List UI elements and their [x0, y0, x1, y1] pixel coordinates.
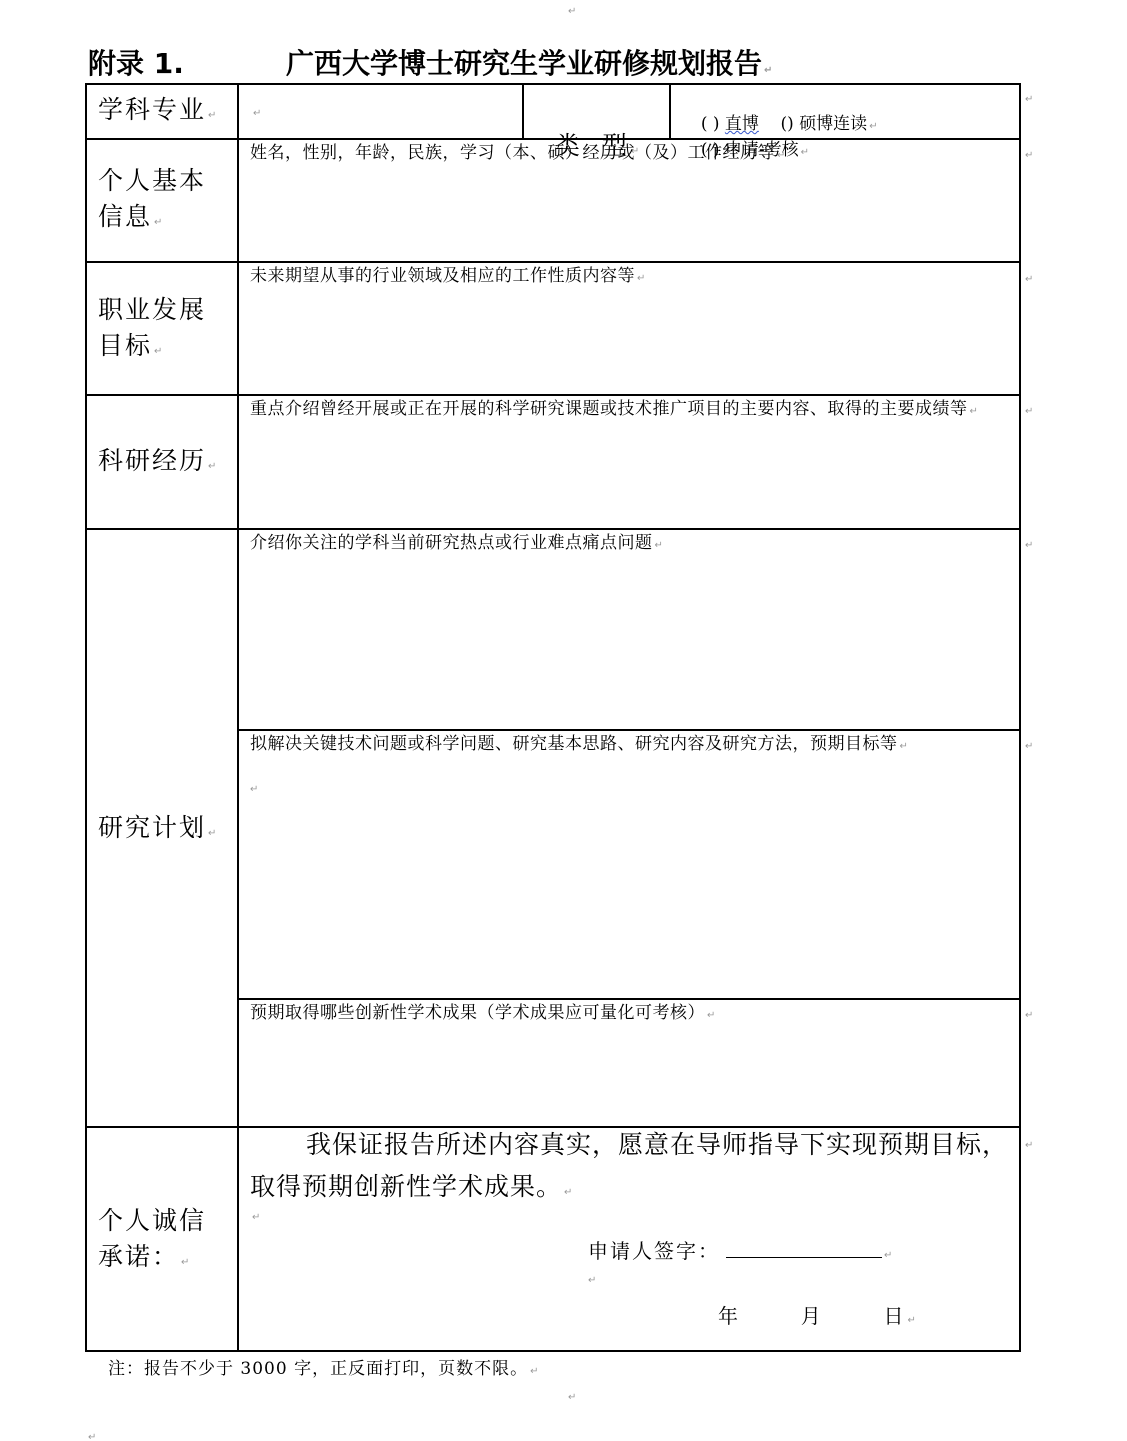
row-end-mark: ↵ — [1025, 274, 1033, 285]
major-label: 学科专业↵ — [98, 92, 218, 134]
paragraph-mark: ↵ — [252, 1212, 260, 1223]
paragraph-mark: ↵ — [154, 217, 164, 228]
label-line: 研究计划 — [98, 813, 206, 842]
research-method-field[interactable]: 拟解决关键技术问题或科学问题、研究基本思路、研究内容及研究方法，预期目标等↵ ↵ — [250, 731, 1012, 995]
label-line: 承诺： — [98, 1242, 179, 1271]
row-end-mark: ↵ — [1025, 1010, 1033, 1021]
paragraph-mark: ↵ — [637, 273, 646, 284]
paragraph-mark: ↵ — [777, 150, 786, 161]
career-goal-hint: 未来期望从事的行业领域及相应的工作性质内容等 — [250, 266, 635, 286]
paragraph-mark: ↵ — [764, 65, 772, 76]
pledge-text: 我保证报告所述内容真实，愿意在导师指导下实现预期目标，取得预期创新性学术成果。 — [250, 1130, 1008, 1201]
date-year-label: 年 — [718, 1304, 740, 1328]
label-line: 信息 — [98, 202, 152, 231]
basic-info-hint: 姓名，性别，年龄，民族，学习（本、硕）经历或（及）工作经历等 — [250, 143, 775, 163]
table-border — [85, 83, 87, 1352]
career-goal-label: 职业发展 目标↵ — [98, 292, 206, 370]
paragraph-mark: ↵ — [208, 828, 218, 839]
row-end-mark: ↵ — [1025, 741, 1033, 752]
table-border — [522, 83, 524, 139]
document-title: 附录 1.广西大学博士研究生学业研修规划报告↵ — [88, 42, 772, 82]
footer-note-text: 注：报告不少于 3000 字，正反面打印，页数不限。 — [108, 1359, 528, 1379]
major-label-text: 学科专业 — [98, 95, 206, 124]
label-line: 科研经历 — [98, 446, 206, 475]
paragraph-mark: ↵ — [568, 6, 576, 17]
paragraph-mark: ↵ — [884, 1250, 894, 1261]
paragraph-mark: ↵ — [655, 540, 664, 551]
research-experience-field[interactable]: 重点介绍曾经开展或正在开展的科学研究课题或技术推广项目的主要内容、取得的主要成绩… — [250, 396, 1012, 526]
paragraph-mark: ↵ — [208, 461, 218, 472]
basic-info-field[interactable]: 姓名，性别，年龄，民族，学习（本、硕）经历或（及）工作经历等↵ — [250, 140, 1012, 258]
paragraph-mark: ↵ — [88, 1432, 96, 1441]
paragraph-mark: ↵ — [564, 1187, 573, 1198]
paragraph-mark: ↵ — [707, 1010, 716, 1021]
page-title: 广西大学博士研究生学业研修规划报告 — [286, 47, 762, 80]
footer-note: 注：报告不少于 3000 字，正反面打印，页数不限。↵ — [108, 1354, 539, 1379]
paragraph-mark: ↵ — [568, 1392, 576, 1403]
paragraph-mark: ↵ — [907, 1315, 917, 1326]
date-row: 年 月 日↵ — [718, 1300, 918, 1329]
label-line: 目标 — [98, 331, 152, 360]
research-experience-label: 科研经历↵ — [98, 443, 218, 485]
paragraph-mark: ↵ — [250, 784, 259, 795]
label-line: 职业发展 — [98, 292, 206, 328]
research-hotspot-field[interactable]: 介绍你关注的学科当前研究热点或行业难点痛点问题↵ — [250, 530, 1012, 726]
research-experience-hint: 重点介绍曾经开展或正在开展的科学研究课题或技术推广项目的主要内容、取得的主要成绩… — [250, 399, 968, 419]
research-hotspot-hint: 介绍你关注的学科当前研究热点或行业难点痛点问题 — [250, 533, 653, 553]
date-month-label: 月 — [801, 1304, 823, 1328]
signature-field[interactable] — [726, 1237, 882, 1258]
paragraph-mark: ↵ — [588, 1275, 596, 1286]
basic-info-label: 个人基本 信息↵ — [98, 163, 206, 241]
expected-results-field[interactable]: 预期取得哪些创新性学术成果（学术成果应可量化可考核）↵ — [250, 1000, 1012, 1123]
paragraph-mark: ↵ — [530, 1366, 539, 1377]
label-line: 个人诚信 — [98, 1203, 206, 1239]
major-field[interactable]: ↵ — [240, 86, 520, 136]
label-line: 个人基本 — [98, 163, 206, 199]
row-end-mark: ↵ — [1025, 150, 1033, 161]
signature-row: 申请人签字：↵ — [588, 1235, 894, 1264]
table-border — [85, 83, 1021, 85]
research-method-hint: 拟解决关键技术问题或科学问题、研究基本思路、研究内容及研究方法，预期目标等 — [250, 734, 898, 754]
table-border — [237, 83, 239, 1352]
integrity-label: 个人诚信 承诺：↵ — [98, 1203, 206, 1281]
paragraph-mark: ↵ — [253, 108, 261, 119]
signature-label: 申请人签字： — [588, 1239, 720, 1263]
paragraph-mark: ↵ — [181, 1257, 191, 1268]
paragraph-mark: ↵ — [970, 406, 979, 417]
table-border — [85, 1350, 1021, 1352]
row-end-mark: ↵ — [1025, 94, 1033, 105]
date-day-label: 日 — [883, 1304, 905, 1328]
paragraph-mark: ↵ — [869, 121, 877, 132]
row-end-mark: ↵ — [1025, 540, 1033, 551]
row-end-mark: ↵ — [1025, 406, 1033, 417]
paragraph-mark: ↵ — [900, 741, 909, 752]
table-border — [669, 83, 671, 139]
paragraph-mark: ↵ — [208, 110, 218, 121]
career-goal-field[interactable]: 未来期望从事的行业领域及相应的工作性质内容等↵ — [250, 263, 1012, 391]
paragraph-mark: ↵ — [154, 346, 164, 357]
research-plan-label: 研究计划↵ — [98, 810, 218, 852]
expected-results-hint: 预期取得哪些创新性学术成果（学术成果应可量化可考核） — [250, 1003, 705, 1023]
row-end-mark: ↵ — [1025, 1140, 1033, 1151]
integrity-pledge: 我保证报告所述内容真实，愿意在导师指导下实现预期目标，取得预期创新性学术成果。↵ — [250, 1124, 1010, 1214]
table-border — [1019, 83, 1021, 1352]
appendix-label: 附录 1. — [88, 42, 286, 82]
option-label: 硕博连读 — [799, 114, 867, 134]
